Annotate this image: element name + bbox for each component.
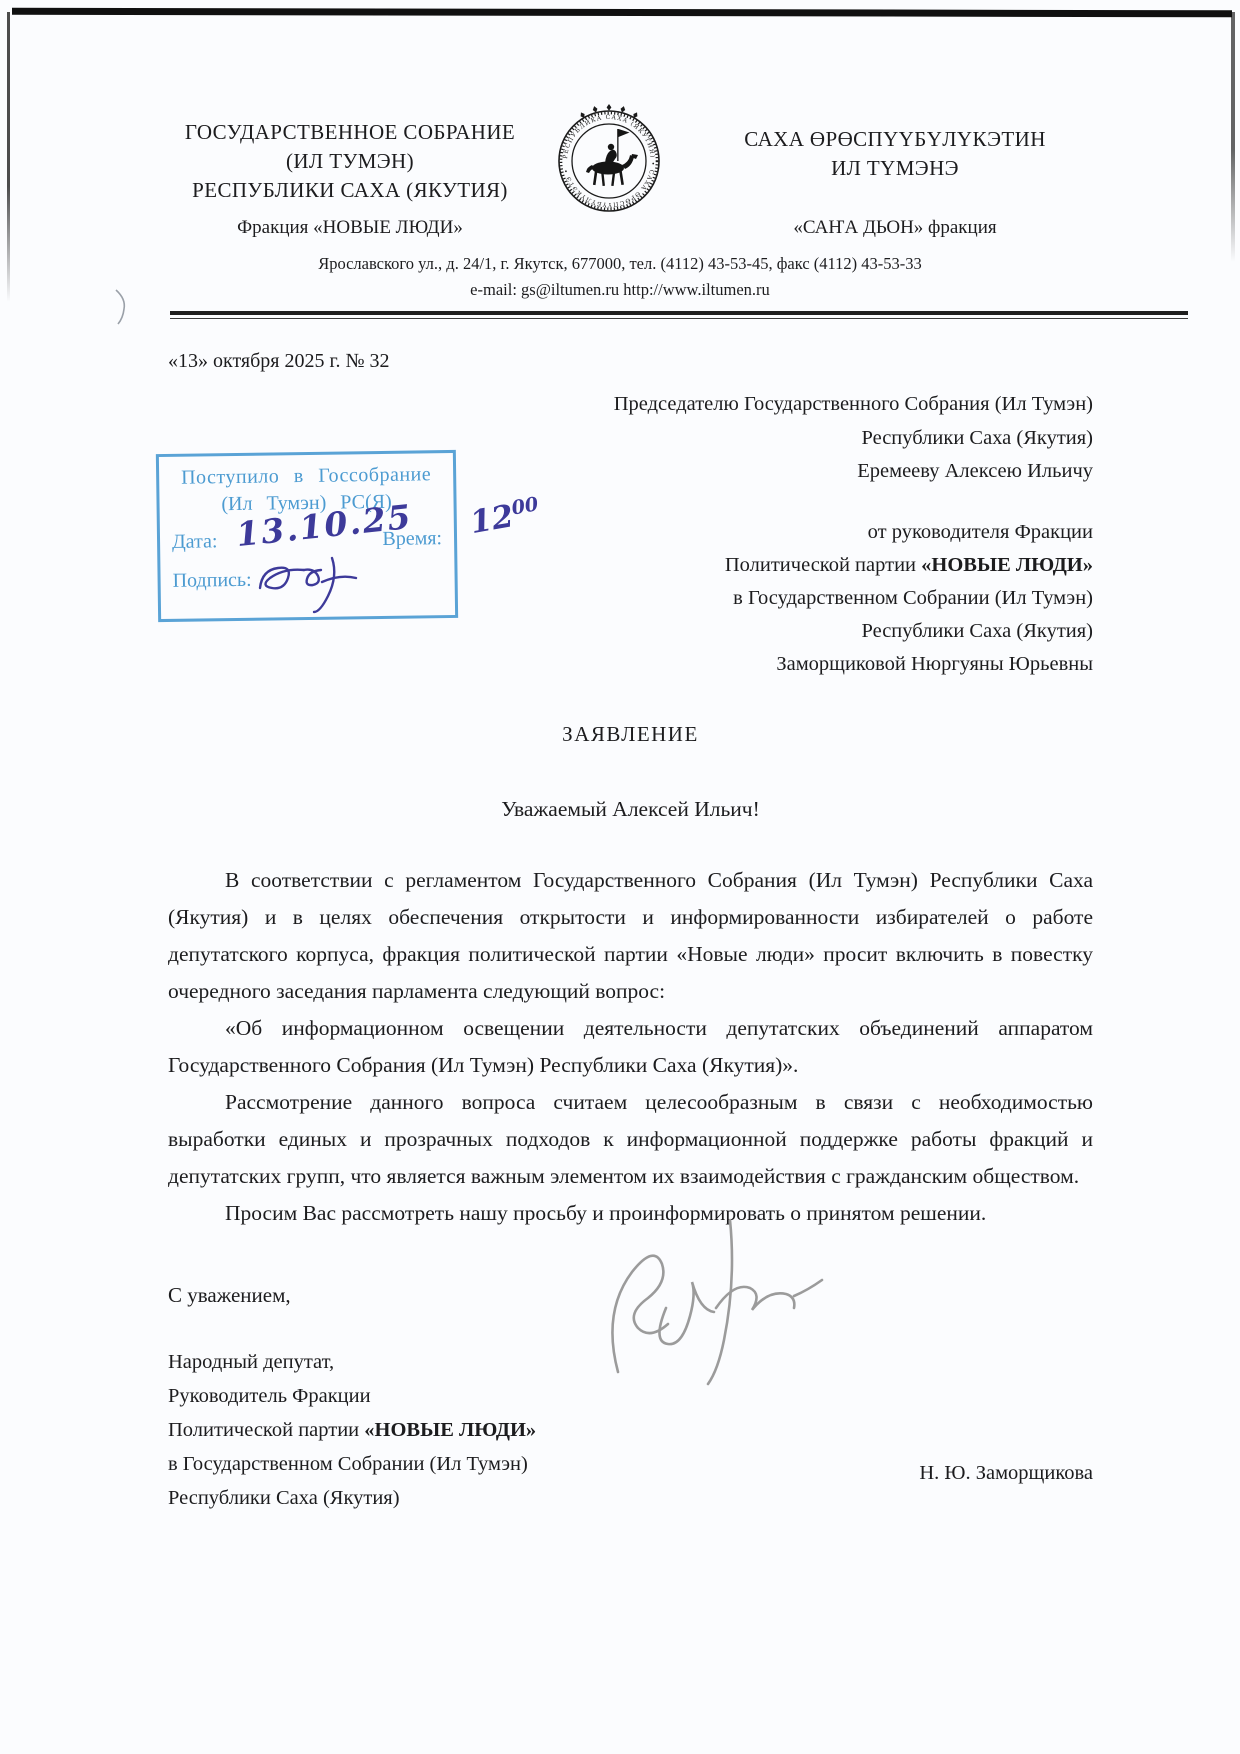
horse-rider-icon [586, 129, 638, 186]
letterhead-address: Ярославского ул., д. 24/1, г. Якутск, 67… [120, 251, 1120, 303]
faction-name-sakha: «САҤА ДЬОН» фракция [690, 217, 1100, 239]
org-line: (ИЛ ТУМЭН) [150, 147, 550, 176]
signoff-block: Народный депутат, Руководитель Фракции П… [168, 1345, 536, 1515]
org-name-russian: ГОСУДАРСТВЕННОЕ СОБРАНИЕ (ИЛ ТУМЭН) РЕСП… [150, 118, 550, 205]
signoff-line: Руководитель Фракции [168, 1379, 536, 1413]
org-name-sakha: САХА ӨРӨСПҮҮБҮЛҮКЭТИН ИЛ ТҮМЭНЭ [690, 125, 1100, 183]
party-name-bold: «НОВЫЕ ЛЮДИ» [364, 1419, 536, 1441]
org-line: САХА ӨРӨСПҮҮБҮЛҮКЭТИН [690, 125, 1100, 154]
header-rule [170, 311, 1188, 319]
closing-line: С уважением, [168, 1283, 291, 1308]
salutation: Уважаемый Алексей Ильич! [168, 797, 1093, 822]
scan-edge-top [12, 8, 1232, 18]
recipient-line: Еремееву Алексею Ильичу [614, 455, 1093, 489]
pen-check-mark [112, 288, 134, 328]
sender-line: Политической партии «НОВЫЕ ЛЮДИ» [725, 549, 1093, 582]
scan-edge-right [1231, 12, 1235, 262]
org-line: ИЛ ТҮМЭНЭ [690, 154, 1100, 183]
document-title: ЗАЯВЛЕНИЕ [168, 722, 1093, 747]
signoff-line: в Государственном Собрании (Ил Тумэн) [168, 1447, 536, 1481]
signoff-line: Народный депутат, [168, 1345, 536, 1379]
handwritten-time: 1200 [467, 492, 542, 541]
recipient-line: Республики Саха (Якутия) [614, 422, 1093, 456]
recipient-block: Председателю Государственного Собрания (… [614, 388, 1093, 489]
sender-block: от руководителя Фракции Политической пар… [725, 516, 1093, 681]
state-seal-emblem: РЕСПУБЛИКА САХА (ЯКУТИЯ) • САХА ӨРӨСПҮҮБ… [551, 101, 667, 217]
address-line: Ярославского ул., д. 24/1, г. Якутск, 67… [120, 251, 1120, 277]
signoff-line: Республики Саха (Якутия) [168, 1481, 536, 1515]
scanned-letter-page: ГОСУДАРСТВЕННОЕ СОБРАНИЕ (ИЛ ТУМЭН) РЕСП… [0, 0, 1240, 1754]
letter-body: В соответствии с регламентом Государстве… [168, 862, 1093, 1232]
signoff-line: Политической партии «НОВЫЕ ЛЮДИ» [168, 1413, 536, 1447]
date-number-line: «13» октября 2025 г. № 32 [168, 350, 390, 373]
body-paragraph: В соответствии с регламентом Государстве… [168, 862, 1093, 1010]
stamp-date-label: Дата: [172, 530, 218, 554]
stamp-sign-label: Подпись: [172, 569, 251, 592]
org-line: ГОСУДАРСТВЕННОЕ СОБРАНИЕ [150, 118, 550, 147]
sender-line: в Государственном Собрании (Ил Тумэн) [725, 582, 1093, 615]
faction-name-russian: Фракция «НОВЫЕ ЛЮДИ» [150, 217, 550, 239]
signer-name: Н. Ю. Заморщикова [919, 1462, 1093, 1485]
sender-line: Заморщиковой Нюргуяны Юрьевны [725, 648, 1093, 681]
scan-edge-left [7, 12, 10, 302]
handwritten-stamp-signature [252, 548, 402, 620]
handwritten-signature [588, 1212, 838, 1392]
sender-line: от руководителя Фракции [725, 516, 1093, 549]
party-name-bold: «НОВЫЕ ЛЮДИ» [921, 554, 1093, 576]
body-paragraph: Рассмотрение данного вопроса считаем цел… [168, 1084, 1093, 1195]
recipient-line: Председателю Государственного Собрания (… [614, 388, 1093, 422]
body-paragraph: «Об информационном освещении деятельност… [168, 1010, 1093, 1084]
org-line: РЕСПУБЛИКИ САХА (ЯКУТИЯ) [150, 176, 550, 205]
address-line: e-mail: gs@iltumen.ru http://www.iltumen… [120, 277, 1120, 303]
stamp-title-line: Поступило в Госсобрание [171, 463, 441, 490]
sender-line: Республики Саха (Якутия) [725, 615, 1093, 648]
